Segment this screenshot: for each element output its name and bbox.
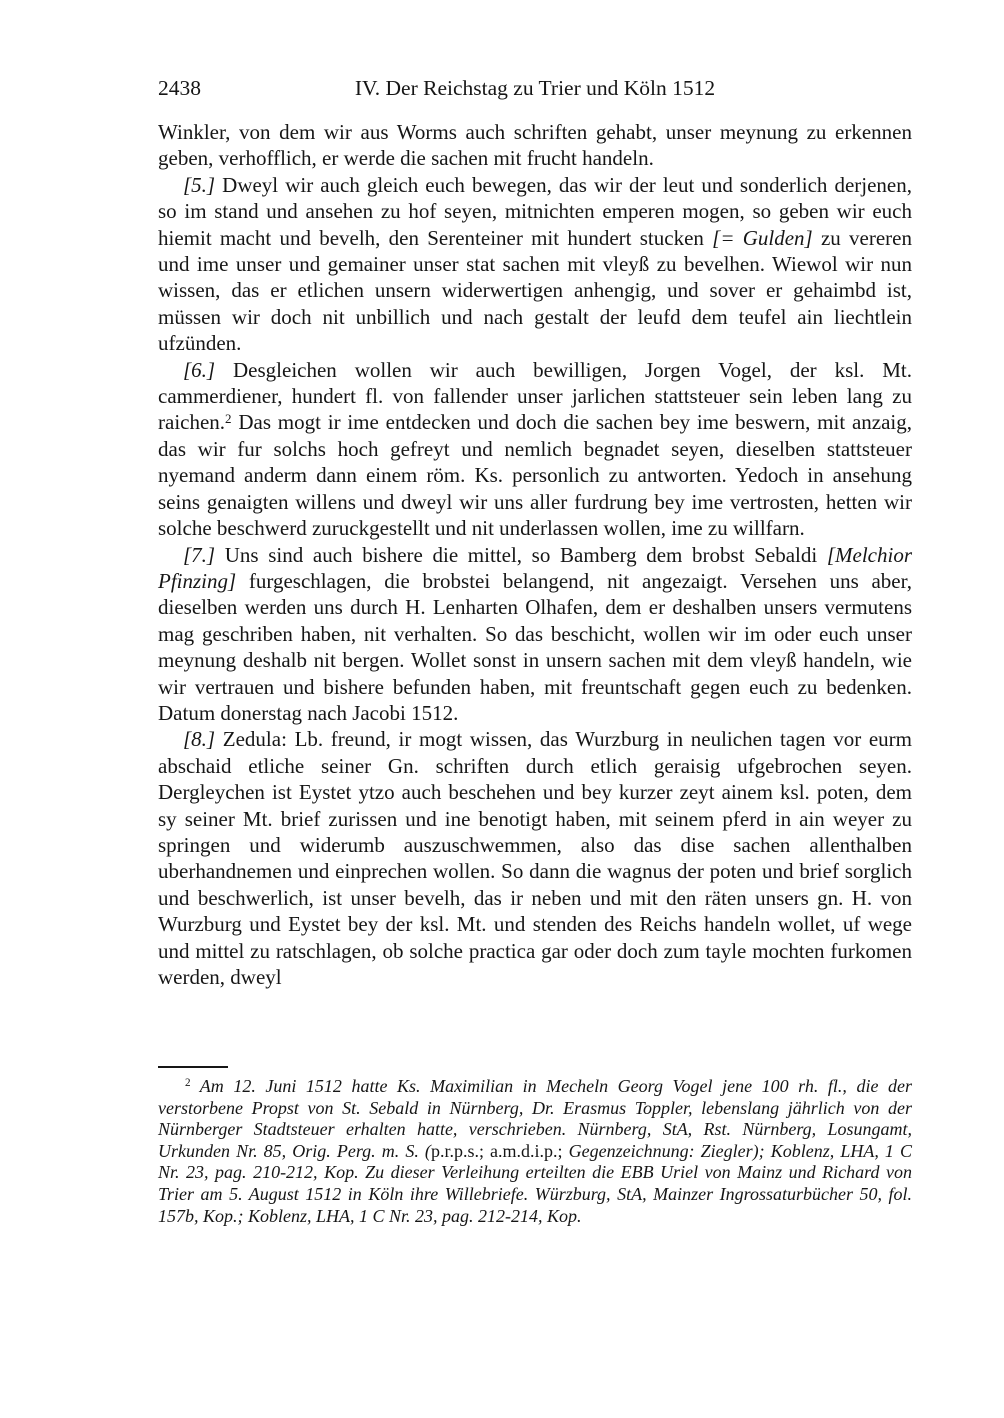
footnote-reference-2: 2 xyxy=(225,411,232,426)
footnote-2: 2 Am 12. Juni 1512 hatte Ks. Maximilian … xyxy=(158,1076,912,1227)
paragraph-7-text-a: Uns sind auch bishere die mittel, so Bam… xyxy=(215,543,827,567)
paragraph-6-text-b: Das mogt ir ime entdecken und doch die s… xyxy=(158,410,912,540)
section-marker-7: [7.] xyxy=(183,543,215,567)
footnote-2-sigla: p.r.p.s.; a.m.d.i.p.; xyxy=(431,1141,563,1161)
running-head: IV. Der Reichstag zu Trier und Köln 1512 xyxy=(158,76,912,101)
footnote-block: 2 Am 12. Juni 1512 hatte Ks. Maximilian … xyxy=(158,1066,912,1227)
footnote-rule xyxy=(158,1066,228,1068)
section-marker-6: [6.] xyxy=(183,358,215,382)
paragraph-8: [8.] Zedula: Lb. freund, ir mogt wissen,… xyxy=(158,726,912,990)
paragraph-7: [7.] Uns sind auch bishere die mittel, s… xyxy=(158,542,912,727)
paragraph-8-text: Zedula: Lb. freund, ir mogt wissen, das … xyxy=(158,727,912,989)
section-marker-8: [8.] xyxy=(183,727,215,751)
paragraph-continuation-text: Winkler, von dem wir aus Worms auch schr… xyxy=(158,120,912,170)
body-text: Winkler, von dem wir aus Worms auch schr… xyxy=(158,119,912,990)
paragraph-6: [6.] Desgleichen wollen wir auch bewilli… xyxy=(158,357,912,542)
book-page: 2438 IV. Der Reichstag zu Trier und Köln… xyxy=(0,0,1004,1418)
footnote-2-number: 2 xyxy=(185,1077,191,1089)
page-header: 2438 IV. Der Reichstag zu Trier und Köln… xyxy=(158,76,912,106)
editorial-insert-gulden: [= Gulden] xyxy=(712,226,813,250)
paragraph-5: [5.] Dweyl wir auch gleich euch bewegen,… xyxy=(158,172,912,357)
paragraph-7-text-b: furgeschlagen, die brobstei belangend, n… xyxy=(158,569,912,725)
paragraph-continuation: Winkler, von dem wir aus Worms auch schr… xyxy=(158,119,912,172)
section-marker-5: [5.] xyxy=(183,173,215,197)
